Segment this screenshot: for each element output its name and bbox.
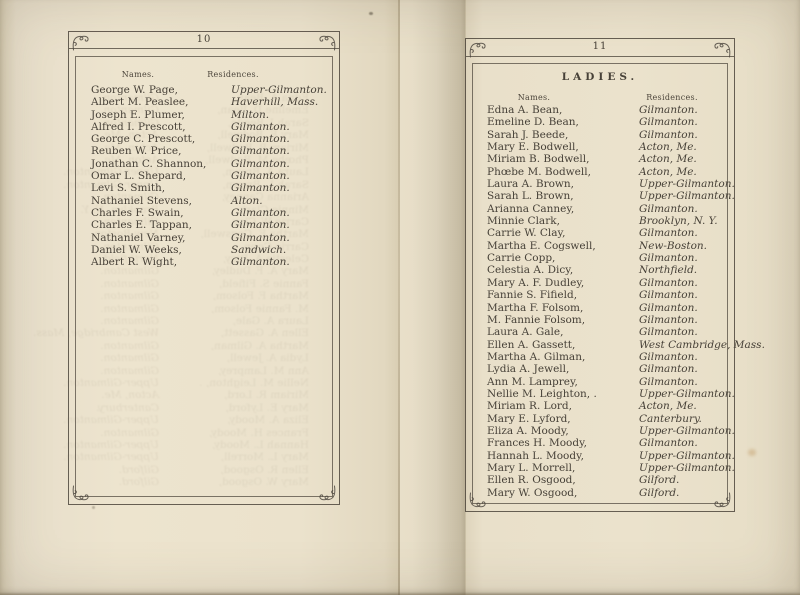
table-row: Mary E. Bodwell, Acton, Me. — [466, 141, 734, 153]
table-row: Carrie Copp, Gilmanton. — [466, 252, 734, 264]
residence-value: Gilmanton. — [231, 256, 290, 268]
residence-value: Gilmanton. — [231, 133, 290, 145]
gutter-fold-line — [398, 0, 400, 595]
residence-value: Gilmanton. — [231, 145, 290, 157]
person-name: Mary A. F. Dudley, — [487, 277, 584, 289]
person-name: George C. Prescott, — [91, 133, 195, 145]
person-name: George W. Page, — [91, 84, 178, 96]
residence-value: Sandwich. — [231, 244, 286, 256]
book-scan-spread: { "colors": { "paper": "#e9e0ca", "ink":… — [0, 0, 800, 595]
section-title: LADIES. — [466, 71, 734, 83]
person-name: Eliza A. Moody, — [487, 425, 569, 437]
residence-value: Brooklyn, N. Y. — [639, 215, 718, 227]
person-name: Daniel W. Weeks, — [91, 244, 182, 256]
table-row: Mary A. F. Dudley, Gilmanton. — [466, 277, 734, 289]
table-row: George W. Page, Upper-Gilmanton. — [69, 84, 339, 96]
corner-flourish-icon — [710, 41, 732, 59]
person-name: Martha A. Gilman, — [487, 351, 585, 363]
page-header-band: 10 — [69, 32, 339, 49]
column-header-residences: Residences. — [641, 93, 703, 102]
table-row: Levi S. Smith, Gilmanton. — [69, 182, 339, 194]
person-name: Lydia A. Jewell, — [487, 363, 569, 375]
page-number: 10 — [197, 34, 212, 45]
person-name: Frances H. Moody, — [487, 437, 587, 449]
table-row: Emeline D. Bean, Gilmanton. — [466, 116, 734, 128]
table-row: Martha A. Gilman, Gilmanton. — [466, 351, 734, 363]
table-row: Omar L. Shepard, Gilmanton. — [69, 170, 339, 182]
residence-value: Upper-Gilmanton. — [639, 462, 735, 474]
person-name: Ellen A. Gassett, — [487, 339, 575, 351]
residence-value: Gilmanton. — [231, 158, 290, 170]
residence-value: Gilmanton. — [231, 182, 290, 194]
table-row: Reuben W. Price, Gilmanton. — [69, 145, 339, 157]
residence-value: Gilmanton. — [639, 289, 698, 301]
person-name: Fannie S. Fifield, — [487, 289, 577, 301]
table-row: Fannie S. Fifield, Gilmanton. — [466, 289, 734, 301]
residence-value: Upper-Gilmanton. — [639, 178, 735, 190]
person-name: Martha F. Folsom, — [487, 302, 583, 314]
table-row: Joseph E. Plumer, Milton. — [69, 109, 339, 121]
residence-value: New-Boston. — [639, 240, 707, 252]
table-row: Arianna Canney, Gilmanton. — [466, 203, 734, 215]
corner-flourish-icon — [71, 34, 93, 52]
table-row: Nellie M. Leighton, . Upper-Gilmanton. — [466, 388, 734, 400]
person-name: Martha E. Cogswell, — [487, 240, 596, 252]
column-header-residences: Residences. — [202, 70, 264, 79]
table-row: Laura A. Gale, Gilmanton. — [466, 326, 734, 338]
table-row: Charles E. Tappan, Gilmanton. — [69, 219, 339, 231]
table-row: Nathaniel Varney, Gilmanton. — [69, 232, 339, 244]
residence-value: Gilford. — [639, 474, 679, 486]
table-row: Celestia A. Dicy, Northfield. — [466, 264, 734, 276]
residence-value: Upper-Gilmanton. — [639, 388, 735, 400]
person-name: Sarah J. Beede, — [487, 129, 568, 141]
residence-value: Gilmanton. — [639, 277, 698, 289]
residence-value: Gilmanton. — [639, 326, 698, 338]
person-name: Levi S. Smith, — [91, 182, 165, 194]
table-row: Daniel W. Weeks, Sandwich. — [69, 244, 339, 256]
table-row: Nathaniel Stevens, Alton. — [69, 195, 339, 207]
person-name: Ann M. Lamprey, — [487, 376, 578, 388]
table-row: Alfred I. Prescott, Gilmanton. — [69, 121, 339, 133]
table-row: Ellen A. Gassett, West Cambridge, Mass. — [466, 339, 734, 351]
person-name: Joseph E. Plumer, — [91, 109, 185, 121]
table-row: Phœbe M. Bodwell, Acton, Me. — [466, 166, 734, 178]
person-name: Laura A. Brown, — [487, 178, 574, 190]
residence-value: Acton, Me. — [639, 141, 697, 153]
residence-value: Canterbury. — [639, 413, 702, 425]
residence-value: Gilmanton. — [639, 252, 698, 264]
person-name: Reuben W. Price, — [91, 145, 181, 157]
residence-value: Upper-Gilmanton. — [231, 84, 327, 96]
foxing-spot — [748, 449, 756, 456]
left-page-frame: Edna A. Bean, Gilmanton. Emeline D. Bean… — [68, 31, 340, 505]
residence-value: Haverhill, Mass. — [231, 96, 318, 108]
table-row: Mary E. Lyford, Canterbury. — [466, 413, 734, 425]
residence-value: Gilmanton. — [639, 376, 698, 388]
person-name: Albert R. Wight, — [91, 256, 177, 268]
residence-value: Gilmanton. — [639, 437, 698, 449]
person-name: Mary W. Osgood, — [487, 487, 577, 499]
table-row: Miriam R. Lord, Acton, Me. — [466, 400, 734, 412]
corner-flourish-icon — [71, 484, 93, 502]
residence-value: Gilmanton. — [231, 170, 290, 182]
person-name: Minnie Clark, — [487, 215, 560, 227]
table-row: Charles F. Swain, Gilmanton. — [69, 207, 339, 219]
residence-value: Gilmanton. — [231, 207, 290, 219]
ink-speck — [369, 12, 373, 15]
residence-value: Gilford. — [639, 487, 679, 499]
residence-value: Gilmanton. — [639, 203, 698, 215]
page-gutter — [400, 0, 466, 595]
person-name: Phœbe M. Bodwell, — [487, 166, 591, 178]
person-name: Miriam B. Bodwell, — [487, 153, 589, 165]
person-name: Nathaniel Stevens, — [91, 195, 192, 207]
table-row: Ann M. Lamprey, Gilmanton. — [466, 376, 734, 388]
residence-value: West Cambridge, Mass. — [639, 339, 765, 351]
table-row: Mary W. Osgood, Gilford. — [466, 487, 734, 499]
person-name: Edna A. Bean, — [487, 104, 562, 116]
residence-value: Upper-Gilmanton. — [639, 190, 735, 202]
residence-value: Gilmanton. — [639, 302, 698, 314]
person-name: Mary L. Morrell, — [487, 462, 575, 474]
table-row: Martha F. Folsom, Gilmanton. — [466, 302, 734, 314]
residence-value: Northfield. — [639, 264, 697, 276]
page-number: 11 — [593, 41, 608, 52]
residence-value: Gilmanton. — [639, 116, 698, 128]
residence-value: Gilmanton. — [639, 363, 698, 375]
residence-value: Acton, Me. — [639, 400, 697, 412]
residence-value: Gilmanton. — [639, 104, 698, 116]
corner-flourish-icon — [468, 41, 490, 59]
person-name: Nellie M. Leighton, . — [487, 388, 597, 400]
person-name: Carrie W. Clay, — [487, 227, 565, 239]
residence-value: Upper-Gilmanton. — [639, 425, 735, 437]
person-name: Ellen R. Osgood, — [487, 474, 576, 486]
person-name: Mary E. Bodwell, — [487, 141, 579, 153]
residence-value: Gilmanton. — [639, 129, 698, 141]
residence-value: Gilmanton. — [231, 121, 290, 133]
table-row: Miriam B. Bodwell, Acton, Me. — [466, 153, 734, 165]
table-row: Martha E. Cogswell, New-Boston. — [466, 240, 734, 252]
residence-value: Gilmanton. — [231, 232, 290, 244]
ink-speck — [92, 506, 95, 509]
person-name: M. Fannie Folsom, — [487, 314, 585, 326]
table-row: Edna A. Bean, Gilmanton. — [466, 104, 734, 116]
person-name: Hannah L. Moody, — [487, 450, 584, 462]
table-row: Lydia A. Jewell, Gilmanton. — [466, 363, 734, 375]
page-header-band: 11 — [466, 39, 734, 57]
corner-flourish-icon — [315, 34, 337, 52]
residence-value: Gilmanton. — [639, 227, 698, 239]
residence-value: Gilmanton. — [639, 314, 698, 326]
column-header-names: Names. — [103, 70, 173, 79]
person-name: Mary E. Lyford, — [487, 413, 571, 425]
table-row: Sarah J. Beede, Gilmanton. — [466, 129, 734, 141]
residence-value: Upper-Gilmanton. — [639, 450, 735, 462]
table-row: Minnie Clark, Brooklyn, N. Y. — [466, 215, 734, 227]
table-row: Mary L. Morrell, Upper-Gilmanton. — [466, 462, 734, 474]
person-name: Omar L. Shepard, — [91, 170, 186, 182]
table-row: George C. Prescott, Gilmanton. — [69, 133, 339, 145]
person-name: Arianna Canney, — [487, 203, 574, 215]
table-row: M. Fannie Folsom, Gilmanton. — [466, 314, 734, 326]
table-row: Jonathan C. Shannon, Gilmanton. — [69, 158, 339, 170]
person-name: Carrie Copp, — [487, 252, 555, 264]
person-name: Sarah L. Brown, — [487, 190, 574, 202]
table-row: Hannah L. Moody, Upper-Gilmanton. — [466, 450, 734, 462]
person-name: Celestia A. Dicy, — [487, 264, 573, 276]
person-name: Miriam R. Lord, — [487, 400, 572, 412]
person-name: Emeline D. Bean, — [487, 116, 579, 128]
table-row: Carrie W. Clay, Gilmanton. — [466, 227, 734, 239]
column-header-names: Names. — [504, 93, 564, 102]
person-name: Jonathan C. Shannon, — [91, 158, 206, 170]
residence-value: Gilmanton. — [639, 351, 698, 363]
residence-value: Acton, Me. — [639, 166, 697, 178]
table-row: Frances H. Moody, Gilmanton. — [466, 437, 734, 449]
person-name: Laura A. Gale, — [487, 326, 563, 338]
table-row: Eliza A. Moody, Upper-Gilmanton. — [466, 425, 734, 437]
residence-value: Gilmanton. — [231, 219, 290, 231]
table-row: Albert R. Wight, Gilmanton. — [69, 256, 339, 268]
table-row: Sarah L. Brown, Upper-Gilmanton. — [466, 190, 734, 202]
table-row: Laura A. Brown, Upper-Gilmanton. — [466, 178, 734, 190]
person-name: Nathaniel Varney, — [91, 232, 185, 244]
names-list: Edna A. Bean, Gilmanton. Emeline D. Bean… — [466, 104, 734, 499]
person-name: Albert M. Peaslee, — [91, 96, 188, 108]
person-name: Alfred I. Prescott, — [91, 121, 186, 133]
corner-flourish-icon — [315, 484, 337, 502]
residence-value: Alton. — [231, 195, 263, 207]
residence-value: Milton. — [231, 109, 269, 121]
right-page-frame: 11 LADIES. Names. Residences. — [465, 38, 735, 512]
names-list: George W. Page, Upper-Gilmanton. Albert … — [69, 84, 339, 268]
table-row: Ellen R. Osgood, Gilford. — [466, 474, 734, 486]
residence-value: Acton, Me. — [639, 153, 697, 165]
table-row: Albert M. Peaslee, Haverhill, Mass. — [69, 96, 339, 108]
person-name: Charles E. Tappan, — [91, 219, 192, 231]
person-name: Charles F. Swain, — [91, 207, 184, 219]
